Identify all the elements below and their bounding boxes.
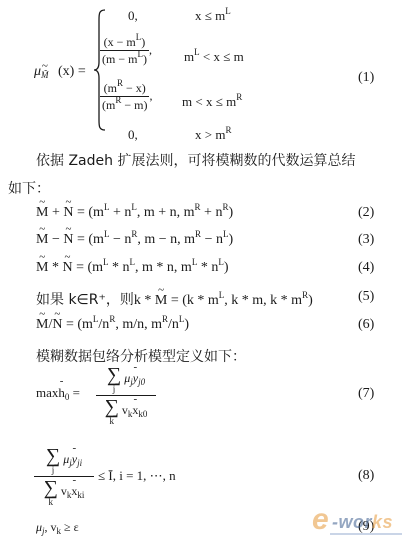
watermark-underline <box>330 533 402 535</box>
m-tilde: M <box>36 232 48 248</box>
condition-text: < x ≤ m <box>200 49 244 64</box>
n-tilde: N <box>52 317 62 333</box>
equation-7-numerator: ∑j μjyj0 <box>96 365 156 396</box>
left-brace-icon <box>93 8 107 132</box>
num-rest: − x) <box>123 81 146 95</box>
m-tilde: M <box>36 317 48 333</box>
superscript: L <box>225 6 231 16</box>
eworks-watermark-logo: e -works <box>312 503 404 539</box>
case-3-fraction: (mR − x) (mR − m) , <box>100 80 152 113</box>
m-tilde: M <box>36 205 48 221</box>
equation-9: μj, vk ≥ ε <box>36 520 79 535</box>
equation-8-rhs: ≤ Ī, i = 1, ⋯, n <box>98 468 176 484</box>
sum-symbol: ∑j <box>107 365 121 394</box>
num-text: (x − m <box>104 35 136 49</box>
den-text: (m <box>102 98 115 112</box>
equation-8-numerator: ∑j μjyji <box>34 446 94 477</box>
separator: , <box>149 42 152 56</box>
equation-1-lhs: μM̃ <box>34 64 49 80</box>
equation-number-2: (2) <box>358 205 374 221</box>
den-text: (m − m <box>102 52 137 66</box>
mu-symbol: μ <box>34 64 41 79</box>
equation-number-8: (8) <box>358 468 374 484</box>
m-tilde: M <box>155 293 167 309</box>
equation-8-fraction: ∑j μjyji ∑k vkxki <box>34 446 94 507</box>
num-close: ) <box>141 35 145 49</box>
denominator: (mR − m) <box>100 97 149 113</box>
condition-pre: m <box>184 49 194 64</box>
equation-6: M/N = (mL/nR, m/n, mR/nL) <box>36 317 189 333</box>
m-tilde: M <box>36 260 48 276</box>
equation-number-5: (5) <box>358 289 374 305</box>
equation-7-fraction: ∑j μjyj0 ∑k vkxk0 <box>96 365 156 426</box>
watermark-wor: -wor <box>332 512 372 532</box>
condition-text: x ≤ m <box>195 8 225 23</box>
case-3-condition: m < x ≤ mR <box>182 94 242 110</box>
h-bar: h <box>58 385 65 401</box>
case-4-condition: x > mR <box>195 127 231 143</box>
equation-7-denominator: ∑k vkxk0 <box>96 396 156 426</box>
sum-symbol: ∑k <box>44 478 58 507</box>
equation-number-7: (7) <box>358 386 374 402</box>
equation-number-3: (3) <box>358 232 374 248</box>
n-tilde: N <box>63 232 73 248</box>
sum-symbol: ∑k <box>105 397 119 426</box>
den-rest: − m) <box>121 98 147 112</box>
numerator: (mR − x) <box>100 80 149 97</box>
fraction: (mR − x) (mR − m) <box>100 80 149 113</box>
case-2-fraction: (x − mL) (m − mL) , <box>100 34 152 67</box>
sum-symbol: ∑j <box>46 446 60 475</box>
equation-1-arg: (x) = <box>58 64 86 80</box>
n-tilde: N <box>63 205 73 221</box>
superscript: R <box>225 125 231 135</box>
watermark-e: e <box>312 503 329 537</box>
paragraph-1-line-2: 如下： <box>8 178 50 198</box>
fraction: (x − mL) (m − mL) <box>100 34 149 67</box>
equation-number-4: (4) <box>358 260 374 276</box>
equation-8-denominator: ∑k vkxki <box>34 477 94 507</box>
den-close: ) <box>143 52 147 66</box>
case-2-condition: mL < x ≤ m <box>184 49 244 65</box>
paragraph-2-line-1: 模糊数据包络分析模型定义如下： <box>36 346 246 366</box>
denominator: (m − mL) <box>100 51 149 67</box>
equation-4: M * N = (mL * nL, m * n, mL * nL) <box>36 260 228 276</box>
separator: , <box>149 88 152 102</box>
equation-3: M − N = (mL − nR, m − n, mR − nL) <box>36 232 233 248</box>
equation-number-6: (6) <box>358 317 374 333</box>
equation-2: M + N = (mL + nL, m + n, mR + nR) <box>36 205 233 221</box>
paragraph-1-line-1: 依据 Zadeh 扩展法则，可将模糊数的代数运算总结 <box>36 150 355 170</box>
condition-text: m < x ≤ m <box>182 94 236 109</box>
equation-number-1: (1) <box>358 70 374 86</box>
num-text: (m <box>104 81 117 95</box>
case-1-value: 0, <box>128 8 138 24</box>
watermark-ks: ks <box>372 512 393 532</box>
equation-5-prefix: 如果 k∈R⁺，则 <box>36 292 134 308</box>
equation-5: 如果 k∈R⁺，则k * M = (k * mL, k * m, k * mR) <box>36 289 313 309</box>
watermark-works: -works <box>332 512 393 533</box>
case-4-value: 0, <box>128 127 138 143</box>
n-tilde: N <box>62 260 72 276</box>
case-1-condition: x ≤ mL <box>195 8 231 24</box>
equation-7-lhs: maxh0 = <box>36 385 80 401</box>
condition-text: x > m <box>195 127 225 142</box>
superscript: R <box>236 92 242 102</box>
